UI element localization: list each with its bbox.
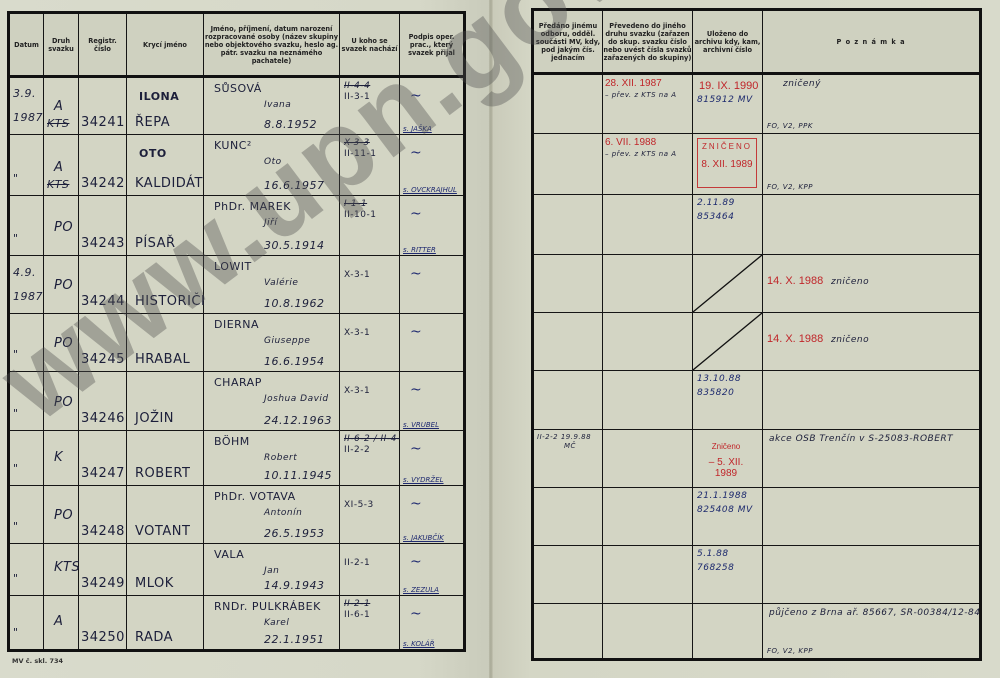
ukoho-value: XI-5-3	[344, 500, 374, 510]
cell-ulozeno: 19. IX. 1990 815912 MV	[693, 74, 763, 134]
druh-value: K	[54, 450, 63, 465]
surname-value: BÖHM	[214, 435, 250, 448]
cell-kryci: VOTANT	[127, 486, 204, 544]
archive-stamp-date: 19. IX. 1990	[699, 80, 758, 92]
signature-name: s. KOLÁŘ	[403, 640, 435, 648]
cell-u-koho: II-2-1 II-6-1	[340, 596, 400, 651]
kryci-value: ŘEPA	[135, 115, 170, 130]
header-poznamka: P o z n á m k a	[763, 10, 981, 74]
cell-druh: A	[44, 596, 79, 651]
given-value: Jan	[264, 566, 279, 576]
cell-u-koho: X-3-3 II-11-1	[340, 135, 400, 196]
stamp-title: ZNIČENO	[698, 142, 756, 151]
surname-value: CHARAP	[214, 376, 262, 389]
ukoho-value: II-2-2	[344, 445, 370, 455]
cell-kryci: RADA	[127, 596, 204, 651]
table-row: 28. XII. 1987 – přev. z KTS na A 19. IX.…	[533, 74, 981, 134]
cell-u-koho: X-3-1	[340, 314, 400, 372]
cell-registr: 34242	[79, 135, 127, 196]
registr-value: 34249	[81, 576, 125, 591]
note-stamp-date: 14. X. 1988	[767, 333, 823, 345]
cell-datum: 4.9. 1987	[9, 256, 44, 314]
ukoho-struck-value: II-2-1	[344, 599, 370, 609]
cell-prevedeno	[603, 255, 693, 313]
ukoho-struck-value: II-6-2 / II-4-3	[344, 434, 407, 444]
signature-name: s. JAŠKA	[403, 125, 432, 133]
cell-poznamka: 14. X. 1988 zničeno	[763, 255, 981, 313]
ukoho-value: II-2-1	[344, 558, 370, 568]
transfer-note: – přev. z KTS na A	[605, 150, 689, 158]
cell-ulozeno: 21.1.1988 825408 MV	[693, 488, 763, 546]
ukoho-value: II-3-1	[344, 92, 370, 102]
cell-ulozeno: 13.10.88 835820	[693, 371, 763, 430]
cell-prevedeno	[603, 313, 693, 371]
ukoho-value: X-3-1	[344, 270, 370, 280]
cell-u-koho: X-3-1	[340, 256, 400, 314]
cell-registr: 34250	[79, 596, 127, 651]
cell-datum: "	[9, 372, 44, 431]
note-bottom: FO, V2, KPP	[767, 183, 813, 191]
signature-scribble: ~	[410, 606, 422, 622]
registry-table-left: Datum Druh svazku Registr. číslo Krycí j…	[7, 11, 466, 652]
ukoho-struck-value: X-3-3	[344, 138, 370, 148]
header-druh-svazku: Druh svazku	[44, 13, 79, 77]
signature-name: s. OVCKRAJHUL	[403, 186, 457, 194]
cell-podpis: ~	[400, 314, 465, 372]
surname-value: RNDr. PULKRÁBEK	[214, 600, 321, 613]
archive-number: 853464	[697, 212, 734, 222]
cell-datum: "	[9, 196, 44, 256]
table-row: 3.9. 1987 A KTS 34241 ILONA ŘEPA SŮSOVÁ …	[9, 77, 465, 135]
cell-u-koho: II-2-1	[340, 544, 400, 596]
note-text: zničeno	[831, 277, 869, 287]
dob-value: 14.9.1943	[264, 579, 324, 592]
note-text: půjčeno z Brna ař. 85667, SR-00384/12-84	[769, 608, 981, 618]
header-datum: Datum	[9, 13, 44, 77]
cell-druh: PO	[44, 372, 79, 431]
cell-druh: PO	[44, 486, 79, 544]
cell-datum: 3.9. 1987	[9, 77, 44, 135]
given-value: Jiří	[264, 218, 277, 228]
cell-kryci: ILONA ŘEPA	[127, 77, 204, 135]
cell-predano	[533, 255, 603, 313]
archive-date: 815912 MV	[697, 95, 753, 105]
ukoho-value: II-6-1	[344, 610, 370, 620]
destroyed-stamp: ZNIČENO 8. XII. 1989	[697, 138, 757, 188]
signature-name: s. JAKUBČÍK	[403, 534, 444, 542]
cell-registr: 34245	[79, 314, 127, 372]
given-value: Joshua David	[264, 394, 329, 404]
signature-name: s. RITTER	[403, 246, 436, 254]
datum-value: 3.9. 1987	[13, 82, 43, 130]
cell-datum: "	[9, 314, 44, 372]
cell-predano	[533, 195, 603, 255]
druh-value: PO	[54, 336, 73, 351]
cell-podpis: ~ s. RITTER	[400, 196, 465, 256]
cell-predano: II-2-2 19.9.88 MČ	[533, 430, 603, 488]
cell-kryci: OTO KALDIDÁT	[127, 135, 204, 196]
cell-registr: 34241	[79, 77, 127, 135]
cell-druh: A KTS	[44, 135, 79, 196]
header-predano: Předáno jinému odboru, odděl. součásti M…	[533, 10, 603, 74]
dob-value: 16.6.1957	[264, 179, 324, 192]
table-row: " PO 34248 VOTANT PhDr. VOTAVA Antonín 2…	[9, 486, 465, 544]
cell-poznamka: FO, V2, KPP	[763, 134, 981, 195]
cell-predano	[533, 604, 603, 660]
archive-number: 835820	[697, 388, 734, 398]
surname-value: KUNC²	[214, 139, 252, 152]
cell-poznamka	[763, 488, 981, 546]
header-kryci-jmeno: Krycí jméno	[127, 13, 204, 77]
table-row: II-2-2 19.9.88 MČ Zničeno – 5. XII. 1989…	[533, 430, 981, 488]
ukoho-value: X-3-1	[344, 328, 370, 338]
cell-druh: PO	[44, 196, 79, 256]
given-value: Karel	[264, 618, 289, 628]
transfer-note: – přev. z KTS na A	[605, 91, 689, 99]
datum-value: "	[13, 621, 43, 645]
cell-poznamka: akce OSB Trenčín v S-25083-ROBERT	[763, 430, 981, 488]
table-row: " PO 34243 PÍSAŘ PhDr. MAREK Jiří 30.5.1…	[9, 196, 465, 256]
table-row: 4.9. 1987 PO 34244 HISTORIČKA LOWIT Valé…	[9, 256, 465, 314]
surname-value: PhDr. VOTAVA	[214, 490, 296, 503]
kryci-value: PÍSAŘ	[135, 236, 176, 251]
predano-value-2: MČ	[564, 442, 576, 450]
datum-value: "	[13, 343, 43, 367]
ukoho-struck-value: II-4-4	[344, 81, 370, 91]
table-row: 5.1.88 768258	[533, 546, 981, 604]
cell-poznamka: 14. X. 1988 zničeno	[763, 313, 981, 371]
book-gutter	[489, 0, 493, 678]
signature-scribble: ~	[410, 206, 422, 222]
stamp-title: Zničeno	[697, 442, 755, 451]
cell-ulozeno	[693, 604, 763, 660]
cell-podpis: ~ s. VRUBEL	[400, 372, 465, 431]
cell-predano	[533, 74, 603, 134]
table-row: " KTS 34249 MLOK VALA Jan 14.9.1943 II-2…	[9, 544, 465, 596]
form-code: MV č. skl. 734	[12, 657, 63, 665]
table-row: 14. X. 1988 zničeno	[533, 313, 981, 371]
surname-value: VALA	[214, 548, 244, 561]
cell-registr: 34246	[79, 372, 127, 431]
transfer-stamp-date: 6. VII. 1988	[605, 137, 656, 148]
cell-registr: 34249	[79, 544, 127, 596]
registr-value: 34245	[81, 352, 125, 367]
registry-table-right: Předáno jinému odboru, odděl. součásti M…	[531, 8, 982, 661]
table-row: " A KTS 34242 OTO KALDIDÁT KUNC² Oto 16.…	[9, 135, 465, 196]
stamp-date: – 5. XII. 1989	[697, 457, 755, 479]
cell-prevedeno: 6. VII. 1988 – přev. z KTS na A	[603, 134, 693, 195]
signature-name: s. ZEZULA	[403, 586, 439, 594]
dob-value: 16.6.1954	[264, 355, 324, 368]
cell-u-koho: II-6-2 / II-4-3 II-2-2	[340, 431, 400, 486]
cell-prevedeno	[603, 430, 693, 488]
kryci-value: ROBERT	[135, 466, 190, 481]
given-value: Oto	[264, 157, 282, 167]
destroyed-stamp: Zničeno – 5. XII. 1989	[697, 434, 755, 482]
cell-poznamka	[763, 546, 981, 604]
predano-value: II-2-2 19.9.88	[537, 433, 591, 441]
cell-podpis: ~ s. OVCKRAJHUL	[400, 135, 465, 196]
cell-kryci: ROBERT	[127, 431, 204, 486]
cell-druh: PO	[44, 256, 79, 314]
druh-value: A	[54, 160, 63, 175]
cell-predano	[533, 371, 603, 430]
cell-datum: "	[9, 544, 44, 596]
cell-prevedeno	[603, 371, 693, 430]
registr-value: 34248	[81, 524, 125, 539]
note-text: akce OSB Trenčín v S-25083-ROBERT	[769, 434, 953, 444]
table-row: " PO 34245 HRABAL DIERNA Giuseppe 16.6.1…	[9, 314, 465, 372]
cell-kryci: PÍSAŘ	[127, 196, 204, 256]
cell-ulozeno	[693, 313, 763, 371]
kryci-value: MLOK	[135, 576, 174, 591]
kryci-value: JOŽIN	[135, 411, 174, 426]
cell-registr: 34248	[79, 486, 127, 544]
cell-predano	[533, 313, 603, 371]
datum-value: "	[13, 457, 43, 481]
cell-ulozeno: Zničeno – 5. XII. 1989	[693, 430, 763, 488]
cell-prevedeno	[603, 195, 693, 255]
cell-predano	[533, 546, 603, 604]
table-row: 14. X. 1988 zničeno	[533, 255, 981, 313]
header-prevedeno: Převedeno do jiného druhu svazku (zařaze…	[603, 10, 693, 74]
signature-name: s. VYDRŽEL	[403, 476, 444, 484]
cell-prevedeno	[603, 488, 693, 546]
cell-ulozeno: 2.11.89 853464	[693, 195, 763, 255]
archive-date: 13.10.88	[697, 374, 741, 384]
signature-scribble: ~	[410, 554, 422, 570]
header-jmeno: Jméno, příjmení, datum narození rozpraco…	[204, 13, 340, 77]
cell-prevedeno	[603, 546, 693, 604]
dob-value: 24.12.1963	[264, 414, 332, 427]
cell-kryci: JOŽIN	[127, 372, 204, 431]
header-ulozeno: Uloženo do archivu kdy, kam, archivní čí…	[693, 10, 763, 74]
kryci-value: HRABAL	[135, 352, 190, 367]
ukoho-value: II-11-1	[344, 149, 376, 159]
druh-struck-value: KTS	[47, 117, 69, 130]
given-value: Valérie	[264, 278, 298, 288]
cell-podpis: ~ s. ZEZULA	[400, 544, 465, 596]
ukoho-value: X-3-1	[344, 386, 370, 396]
cell-druh: A KTS	[44, 77, 79, 135]
surname-value: LOWIT	[214, 260, 252, 273]
cell-jmeno: KUNC² Oto 16.6.1957	[204, 135, 340, 196]
cell-datum: "	[9, 135, 44, 196]
registr-value: 34247	[81, 466, 125, 481]
archive-number: 825408 MV	[697, 505, 753, 515]
cell-jmeno: CHARAP Joshua David 24.12.1963	[204, 372, 340, 431]
cell-datum: "	[9, 596, 44, 651]
given-value: Robert	[264, 453, 297, 463]
cell-u-koho: I-1-1 II-10-1	[340, 196, 400, 256]
cell-kryci: MLOK	[127, 544, 204, 596]
signature-scribble: ~	[410, 324, 422, 340]
cell-jmeno: RNDr. PULKRÁBEK Karel 22.1.1951	[204, 596, 340, 651]
cell-poznamka	[763, 195, 981, 255]
note-text: zničeno	[831, 335, 869, 345]
cell-druh: K	[44, 431, 79, 486]
druh-value: A	[54, 614, 63, 629]
diagonal-strike-icon	[693, 313, 762, 370]
cell-podpis: ~	[400, 256, 465, 314]
signature-scribble: ~	[410, 145, 422, 161]
cell-podpis: ~ s. VYDRŽEL	[400, 431, 465, 486]
cell-predano	[533, 134, 603, 195]
transfer-stamp-date: 28. XII. 1987	[605, 78, 662, 89]
ukoho-struck-value: I-1-1	[344, 199, 367, 209]
table-row: 21.1.1988 825408 MV	[533, 488, 981, 546]
signature-scribble: ~	[410, 496, 422, 512]
cell-datum: "	[9, 431, 44, 486]
archive-date: 5.1.88	[697, 549, 729, 559]
datum-value: "	[13, 402, 43, 426]
dob-value: 8.8.1952	[264, 118, 317, 131]
dob-value: 22.1.1951	[264, 633, 324, 646]
druh-value: PO	[54, 278, 73, 293]
cell-kryci: HISTORIČKA	[127, 256, 204, 314]
cell-prevedeno: 28. XII. 1987 – přev. z KTS na A	[603, 74, 693, 134]
registr-value: 34244	[81, 294, 125, 309]
note-text: zničený	[783, 79, 821, 89]
signature-scribble: ~	[410, 382, 422, 398]
ukoho-value: II-10-1	[344, 210, 376, 220]
cell-poznamka	[763, 371, 981, 430]
dob-value: 26.5.1953	[264, 527, 324, 540]
druh-value: PO	[54, 508, 73, 523]
cell-druh: KTS	[44, 544, 79, 596]
druh-struck-value: KTS	[47, 178, 69, 191]
stamp-date: 8. XII. 1989	[698, 159, 756, 170]
druh-value: A	[54, 99, 63, 114]
table-row: " K 34247 ROBERT BÖHM Robert 10.11.1945 …	[9, 431, 465, 486]
archive-number: 768258	[697, 563, 734, 573]
given-value: Giuseppe	[264, 336, 310, 346]
druh-value: KTS	[54, 560, 80, 575]
table-row: " PO 34246 JOŽIN CHARAP Joshua David 24.…	[9, 372, 465, 431]
cell-u-koho: X-3-1	[340, 372, 400, 431]
kryci-value: RADA	[135, 630, 173, 645]
signature-name: s. VRUBEL	[403, 421, 439, 429]
archive-date: 2.11.89	[697, 198, 735, 208]
cell-jmeno: SŮSOVÁ Ivana 8.8.1952	[204, 77, 340, 135]
signature-scribble: ~	[410, 266, 422, 282]
cell-druh: PO	[44, 314, 79, 372]
kryci-value: KALDIDÁT	[135, 176, 203, 191]
given-value: Antonín	[264, 508, 302, 518]
registr-value: 34242	[81, 176, 125, 191]
signature-scribble: ~	[410, 88, 422, 104]
note-bottom: FO, V2, PPK	[767, 122, 813, 130]
header-podpis: Podpis oper. prac., který svazek přijal	[400, 13, 465, 77]
cell-ulozeno	[693, 255, 763, 313]
cell-poznamka: zničený FO, V2, PPK	[763, 74, 981, 134]
cell-jmeno: DIERNA Giuseppe 16.6.1954	[204, 314, 340, 372]
cell-jmeno: BÖHM Robert 10.11.1945	[204, 431, 340, 486]
header-registr-cislo: Registr. číslo	[79, 13, 127, 77]
cell-ulozeno: 5.1.88 768258	[693, 546, 763, 604]
datum-value: "	[13, 227, 43, 251]
kryci-top-value: OTO	[139, 147, 167, 160]
registr-value: 34250	[81, 630, 125, 645]
cell-datum: "	[9, 486, 44, 544]
cell-jmeno: LOWIT Valérie 10.8.1962	[204, 256, 340, 314]
cell-ulozeno: ZNIČENO 8. XII. 1989	[693, 134, 763, 195]
cell-podpis: ~ s. JAKUBČÍK	[400, 486, 465, 544]
kryci-value: VOTANT	[135, 524, 190, 539]
datum-value: "	[13, 567, 43, 591]
dob-value: 10.8.1962	[264, 297, 324, 310]
surname-value: SŮSOVÁ	[214, 82, 262, 95]
signature-scribble: ~	[410, 441, 422, 457]
table-row: " A 34250 RADA RNDr. PULKRÁBEK Karel 22.…	[9, 596, 465, 651]
kryci-top-value: ILONA	[139, 90, 179, 103]
datum-value: 4.9. 1987	[13, 261, 43, 309]
given-value: Ivana	[264, 100, 291, 110]
dob-value: 30.5.1914	[264, 239, 324, 252]
cell-u-koho: II-4-4 II-3-1	[340, 77, 400, 135]
archive-date: 21.1.1988	[697, 491, 747, 501]
surname-value: DIERNA	[214, 318, 259, 331]
druh-value: PO	[54, 395, 73, 410]
cell-registr: 34244	[79, 256, 127, 314]
registr-value: 34246	[81, 411, 125, 426]
header-u-koho: U koho se svazek nachází	[340, 13, 400, 77]
note-stamp-date: 14. X. 1988	[767, 275, 823, 287]
cell-jmeno: PhDr. VOTAVA Antonín 26.5.1953	[204, 486, 340, 544]
cell-podpis: ~ s. JAŠKA	[400, 77, 465, 135]
datum-value: "	[13, 515, 43, 539]
cell-predano	[533, 488, 603, 546]
cell-registr: 34243	[79, 196, 127, 256]
note-bottom: FO, V2, KPP	[767, 647, 813, 655]
datum-value: "	[13, 167, 43, 191]
table-row: 2.11.89 853464	[533, 195, 981, 255]
cell-u-koho: XI-5-3	[340, 486, 400, 544]
cell-prevedeno	[603, 604, 693, 660]
cell-jmeno: PhDr. MAREK Jiří 30.5.1914	[204, 196, 340, 256]
dob-value: 10.11.1945	[264, 469, 332, 482]
registr-value: 34243	[81, 236, 125, 251]
cell-kryci: HRABAL	[127, 314, 204, 372]
cell-podpis: ~ s. KOLÁŘ	[400, 596, 465, 651]
surname-value: PhDr. MAREK	[214, 200, 291, 213]
table-row: 6. VII. 1988 – přev. z KTS na A ZNIČENO …	[533, 134, 981, 195]
cell-jmeno: VALA Jan 14.9.1943	[204, 544, 340, 596]
cell-poznamka: půjčeno z Brna ař. 85667, SR-00384/12-84…	[763, 604, 981, 660]
table-row: 13.10.88 835820	[533, 371, 981, 430]
registr-value: 34241	[81, 115, 125, 130]
diagonal-strike-icon	[693, 255, 762, 312]
table-row: půjčeno z Brna ař. 85667, SR-00384/12-84…	[533, 604, 981, 660]
druh-value: PO	[54, 220, 73, 235]
cell-registr: 34247	[79, 431, 127, 486]
